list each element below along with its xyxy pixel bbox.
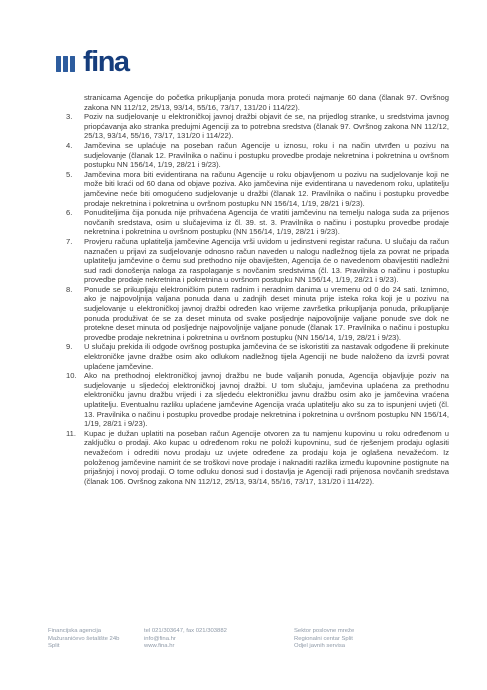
item-text: Kupac je dužan uplatiti na poseban račun… (84, 429, 449, 487)
item-text: Ako na prethodnoj elektroničkoj javnoj d… (84, 371, 449, 429)
list-item: 9. U slučaju prekida ili odgode ovršnog … (66, 342, 449, 371)
footer-department-column: Sektor poslovne mreže Regionalni centar … (294, 628, 354, 651)
footer-office: Odjel javnih servisa (294, 643, 354, 651)
item-number: 7. (66, 237, 84, 285)
item-number: 4. (66, 141, 84, 170)
item-number: 11. (66, 429, 84, 487)
document-page: fina stranicama Agencije do početka prik… (0, 0, 487, 690)
item-text: Provjeru računa uplatitelja jamčevine Ag… (84, 237, 449, 285)
footer-regional-center: Regionalni centar Split (294, 636, 354, 644)
fina-logo: fina (56, 45, 129, 79)
footer-city: Split (48, 643, 119, 651)
item-text: Jamčevina se uplaćuje na poseban račun A… (84, 141, 449, 170)
item-text: U slučaju prekida ili odgode ovršnog pos… (84, 342, 449, 371)
item-text: Poziv na sudjelovanje u elektroničkoj ja… (84, 112, 449, 141)
list-item: 4. Jamčevina se uplaćuje na poseban raču… (66, 141, 449, 170)
item-number: 8. (66, 285, 84, 343)
footer-company-name: Financijska agencija (48, 628, 119, 636)
list-item: 3. Poziv na sudjelovanje u elektroničkoj… (66, 112, 449, 141)
logo-bar (63, 56, 68, 72)
footer-contact-column: tel 021/303647, fax 021/303882 info@fina… (144, 628, 227, 651)
item-number: 3. (66, 112, 84, 141)
item-text: Ponuditeljima čija ponuda nije prihvaćen… (84, 208, 449, 237)
list-item: 6. Ponuditeljima čija ponuda nije prihva… (66, 208, 449, 237)
footer-website: www.fina.hr (144, 643, 227, 651)
list-item: 11. Kupac je dužan uplatiti na poseban r… (66, 429, 449, 487)
item-number: 10. (66, 371, 84, 429)
list-item: stranicama Agencije do početka prikuplja… (66, 93, 449, 112)
item-number: 9. (66, 342, 84, 371)
list-item: 5. Jamčevina mora biti evidentirana na r… (66, 170, 449, 208)
fina-bars-icon (56, 56, 77, 72)
list-item: 7. Provjeru računa uplatitelja jamčevine… (66, 237, 449, 285)
list-item: 10. Ako na prethodnoj elektroničkoj javn… (66, 371, 449, 429)
item-number: 6. (66, 208, 84, 237)
footer-street: Mažuranićevo šetalište 24b (48, 636, 119, 644)
item-text: stranicama Agencije do početka prikuplja… (84, 93, 449, 112)
document-body: stranicama Agencije do početka prikuplja… (66, 93, 449, 486)
footer-sector: Sektor poslovne mreže (294, 628, 354, 636)
footer-phone-fax: tel 021/303647, fax 021/303882 (144, 628, 227, 636)
item-number (66, 93, 84, 112)
logo-text: fina (83, 48, 129, 77)
item-text: Jamčevina mora biti evidentirana na raču… (84, 170, 449, 208)
logo-bar (56, 56, 61, 72)
item-text: Ponude se prikupljaju elektroničkim pute… (84, 285, 449, 343)
item-number: 5. (66, 170, 84, 208)
footer-email: info@fina.hr (144, 636, 227, 644)
logo-bar (70, 56, 75, 72)
list-item: 8. Ponude se prikupljaju elektroničkim p… (66, 285, 449, 343)
footer-address-column: Financijska agencija Mažuranićevo šetali… (48, 628, 119, 651)
